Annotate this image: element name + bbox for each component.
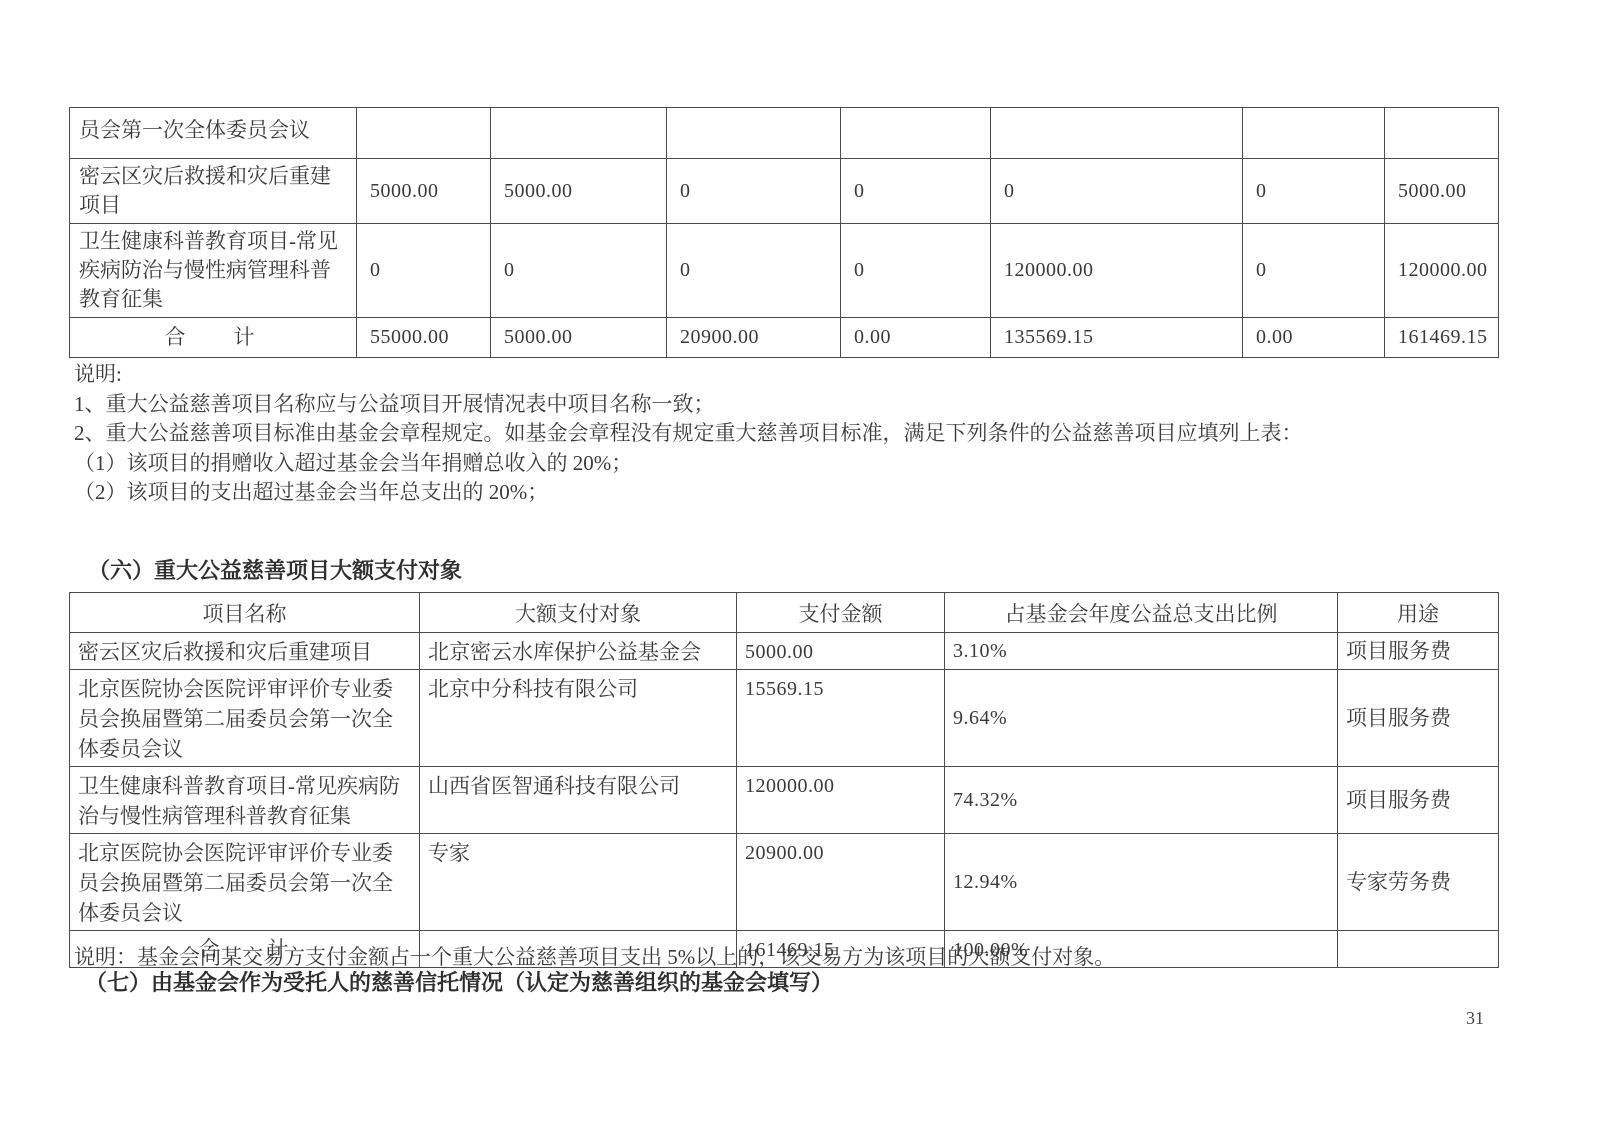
- column-header: 大额支付对象: [420, 593, 737, 633]
- table-row: 北京医院协会医院评审评价专业委员会换届暨第二届委员会第一次全体委员会议 专家 2…: [70, 834, 1499, 931]
- table-row: 卫生健康科普教育项目-常见疾病防治与慢性病管理科普教育征集 山西省医智通科技有限…: [70, 767, 1499, 834]
- column-header: 占基金会年度公益总支出比例: [945, 593, 1338, 633]
- notes-heading: 说明:: [74, 360, 1303, 390]
- document-page: 员会第一次全体委员会议 密云区灾后救援和灾后重建项目 5000.00 5000.…: [0, 0, 1600, 1131]
- project-name-cell: 北京医院协会医院评审评价专业委员会换届暨第二届委员会第一次全体委员会议: [70, 670, 420, 767]
- ratio-cell: 74.32%: [945, 767, 1338, 834]
- payee-cell: 专家: [420, 834, 737, 931]
- project-name-cell: 北京医院协会医院评审评价专业委员会换届暨第二届委员会第一次全体委员会议: [70, 834, 420, 931]
- empty-cell: [357, 108, 491, 159]
- ratio-cell: 9.64%: [945, 670, 1338, 767]
- amount-cell: 0: [357, 224, 491, 318]
- amount-cell: 5000.00: [491, 159, 667, 224]
- total-row: 合 计 55000.00 5000.00 20900.00 0.00 13556…: [70, 318, 1499, 358]
- table-row: 密云区灾后救援和灾后重建项目 北京密云水库保护公益基金会 5000.00 3.1…: [70, 633, 1499, 670]
- project-name-cell: 密云区灾后救援和灾后重建项目: [70, 159, 357, 224]
- amount-cell: 5000.00: [737, 633, 945, 670]
- empty-cell: [841, 108, 991, 159]
- purpose-cell: 专家劳务费: [1338, 834, 1499, 931]
- amount-cell: 0: [841, 224, 991, 318]
- amount-cell: 5000.00: [1385, 159, 1499, 224]
- total-amount-cell: 0.00: [1243, 318, 1385, 358]
- amount-cell: 120000.00: [991, 224, 1243, 318]
- note-line: 2、重大公益慈善项目标准由基金会章程规定。如基金会章程没有规定重大慈善项目标准，…: [74, 419, 1303, 449]
- project-name-cell: 卫生健康科普教育项目-常见疾病防治与慢性病管理科普教育征集: [70, 224, 357, 318]
- table1-notes: 说明: 1、重大公益慈善项目名称应与公益项目开展情况表中项目名称一致； 2、重大…: [74, 360, 1303, 508]
- purpose-cell: 项目服务费: [1338, 633, 1499, 670]
- project-name-cell: 员会第一次全体委员会议: [70, 108, 357, 159]
- amount-cell: 0: [491, 224, 667, 318]
- purpose-cell: 项目服务费: [1338, 670, 1499, 767]
- total-label-cell: 合 计: [70, 318, 357, 358]
- amount-cell: 120000.00: [737, 767, 945, 834]
- project-name-cell: 密云区灾后救援和灾后重建项目: [70, 633, 420, 670]
- section6-title: （六）重大公益慈善项目大额支付对象: [88, 554, 462, 585]
- payee-cell: 北京中分科技有限公司: [420, 670, 737, 767]
- total-amount-cell: 5000.00: [491, 318, 667, 358]
- large-payment-recipients-table: 项目名称 大额支付对象 支付金额 占基金会年度公益总支出比例 用途 密云区灾后救…: [69, 592, 1499, 968]
- payee-cell: 山西省医智通科技有限公司: [420, 767, 737, 834]
- amount-cell: 0: [1243, 224, 1385, 318]
- amount-cell: 15569.15: [737, 670, 945, 767]
- column-header: 项目名称: [70, 593, 420, 633]
- table-row: 北京医院协会医院评审评价专业委员会换届暨第二届委员会第一次全体委员会议 北京中分…: [70, 670, 1499, 767]
- note-line: 1、重大公益慈善项目名称应与公益项目开展情况表中项目名称一致；: [74, 390, 1303, 420]
- table-row: 密云区灾后救援和灾后重建项目 5000.00 5000.00 0 0 0 0 5…: [70, 159, 1499, 224]
- header-row: 项目名称 大额支付对象 支付金额 占基金会年度公益总支出比例 用途: [70, 593, 1499, 633]
- payee-cell: 北京密云水库保护公益基金会: [420, 633, 737, 670]
- amount-cell: 120000.00: [1385, 224, 1499, 318]
- ratio-cell: 12.94%: [945, 834, 1338, 931]
- empty-cell: [1243, 108, 1385, 159]
- empty-cell: [991, 108, 1243, 159]
- amount-cell: 0: [991, 159, 1243, 224]
- total-amount-cell: 55000.00: [357, 318, 491, 358]
- amount-cell: 0: [1243, 159, 1385, 224]
- amount-cell: 0: [667, 159, 841, 224]
- empty-cell: [1385, 108, 1499, 159]
- total-amount-cell: 20900.00: [667, 318, 841, 358]
- project-name-cell: 卫生健康科普教育项目-常见疾病防治与慢性病管理科普教育征集: [70, 767, 420, 834]
- column-header: 支付金额: [737, 593, 945, 633]
- purpose-cell: 项目服务费: [1338, 767, 1499, 834]
- amount-cell: 20900.00: [737, 834, 945, 931]
- table-row: 员会第一次全体委员会议: [70, 108, 1499, 159]
- total-amount-cell: 135569.15: [991, 318, 1243, 358]
- empty-cell: [1338, 931, 1499, 968]
- section7-title: （七）由基金会作为受托人的慈善信托情况（认定为慈善组织的基金会填写）: [85, 966, 833, 997]
- amount-cell: 0: [841, 159, 991, 224]
- empty-cell: [667, 108, 841, 159]
- major-projects-table: 员会第一次全体委员会议 密云区灾后救援和灾后重建项目 5000.00 5000.…: [69, 107, 1499, 358]
- ratio-cell: 3.10%: [945, 633, 1338, 670]
- empty-cell: [491, 108, 667, 159]
- page-number: 31: [1466, 1008, 1484, 1029]
- note-line: （2）该项目的支出超过基金会当年总支出的 20%；: [74, 478, 1303, 508]
- total-amount-cell: 161469.15: [1385, 318, 1499, 358]
- amount-cell: 5000.00: [357, 159, 491, 224]
- note-line: （1）该项目的捐赠收入超过基金会当年捐赠总收入的 20%；: [74, 449, 1303, 479]
- amount-cell: 0: [667, 224, 841, 318]
- table-row: 卫生健康科普教育项目-常见疾病防治与慢性病管理科普教育征集 0 0 0 0 12…: [70, 224, 1499, 318]
- total-amount-cell: 0.00: [841, 318, 991, 358]
- column-header: 用途: [1338, 593, 1499, 633]
